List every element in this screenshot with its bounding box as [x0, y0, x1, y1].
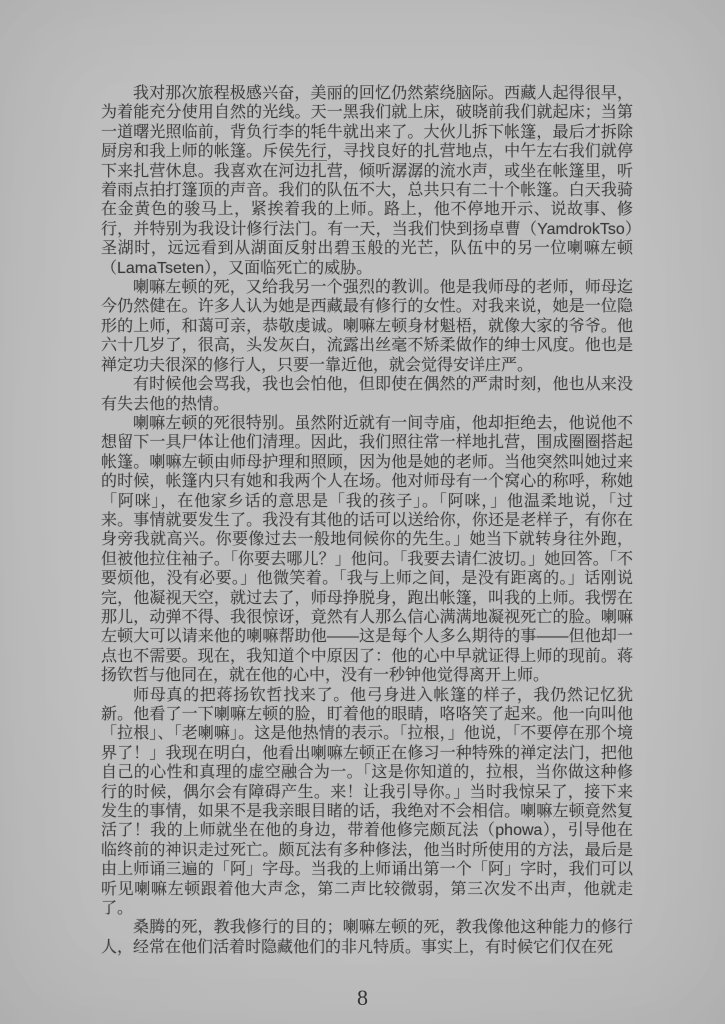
- paragraph: 我对那次旅程极感兴奋，美丽的回忆仍然萦绕脑际。西藏人起得很早，为着能充分使用自然…: [101, 84, 633, 278]
- paragraph: 桑腾的死，教我修行的目的；喇嘛左顿的死，教我像他这种能力的修行人，经常在他们活着…: [101, 918, 633, 957]
- paragraph: 喇嘛左顿的死很特别。虽然附近就有一间寺庙，他却拒绝去，他说他不想留下一具尸体让他…: [101, 414, 633, 686]
- paragraph: 喇嘛左顿的死，又给我另一个强烈的教训。他是我师母的老师，师母迄今仍然健在。许多人…: [101, 278, 633, 375]
- text-run: 有时候他会骂我，我也会怕他，但即使在偶然的严肃时刻，他也从来没有失去他的热情。: [101, 376, 633, 412]
- scanned-page: 我对那次旅程极感兴奋，美丽的回忆仍然萦绕脑际。西藏人起得很早，为着能充分使用自然…: [0, 0, 725, 1024]
- underlined-text: 先行: [294, 143, 326, 161]
- text-run: ，寻找良好的扎营地点，中午左右我们就停下来扎营休息。我喜欢在河边扎营，倾听潺潺的…: [101, 143, 633, 276]
- text-run: 喇嘛左顿的死，又给我另一个强烈的教训。他是我师母的老师，师母迄今仍然健在。许多人…: [101, 279, 633, 374]
- text-run: 喇嘛左顿的死很特别。虽然附近就有一间寺庙，他却拒绝去，他说他不想留下一具尸体让他…: [101, 415, 633, 684]
- page-number: 8: [0, 985, 725, 1011]
- text-run: 师母真的把蒋扬钦哲找来了。他弓身进入帐篷的样子，我仍然记忆犹新。他看了一下喇嘛左…: [101, 687, 633, 917]
- page-text: 我对那次旅程极感兴奋，美丽的回忆仍然萦绕脑际。西藏人起得很早，为着能充分使用自然…: [101, 84, 633, 957]
- text-run: 桑腾的死，教我修行的目的；喇嘛左顿的死，教我像他这种能力的修行人，经常在他们活着…: [101, 919, 633, 955]
- paragraph: 师母真的把蒋扬钦哲找来了。他弓身进入帐篷的样子，我仍然记忆犹新。他看了一下喇嘛左…: [101, 686, 633, 919]
- paragraph: 有时候他会骂我，我也会怕他，但即使在偶然的严肃时刻，他也从来没有失去他的热情。: [101, 375, 633, 414]
